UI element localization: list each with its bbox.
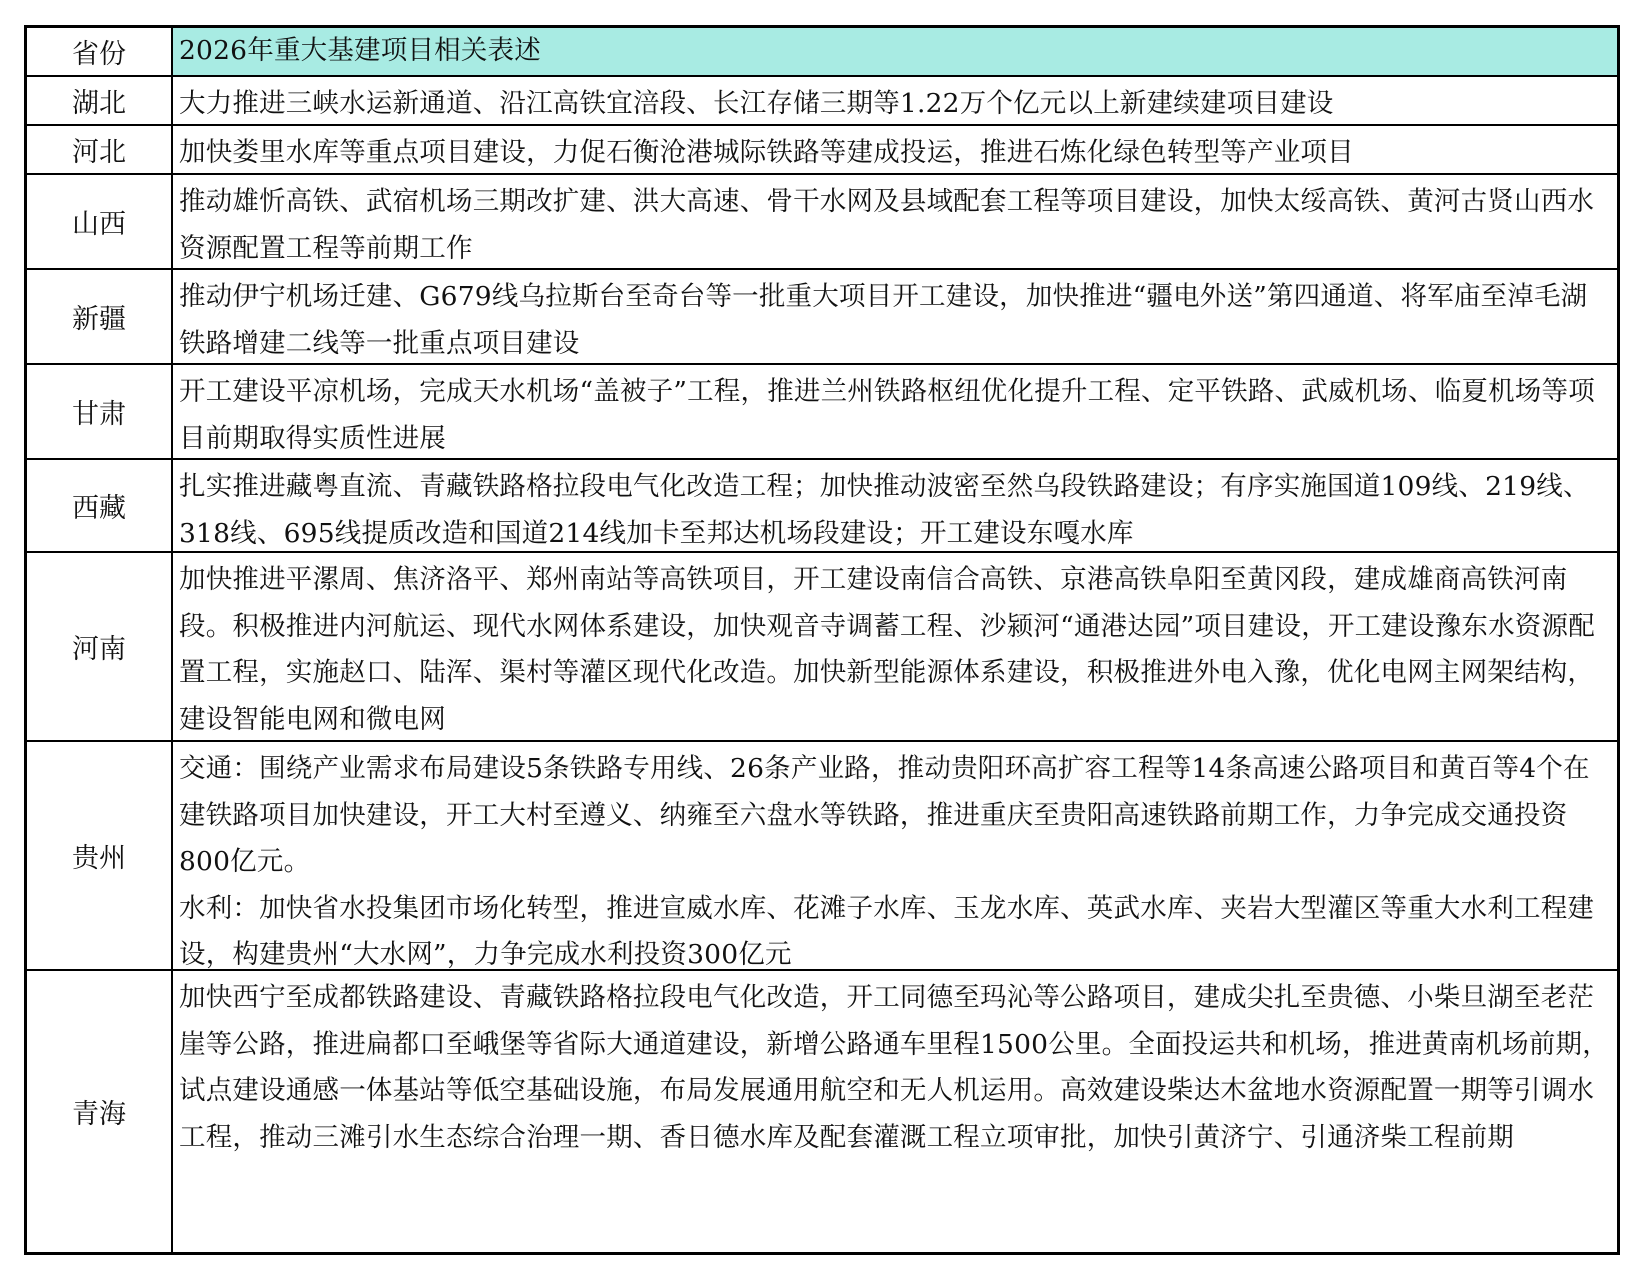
description-cell: 加快娄里水库等重点项目建设，力促石衡沧港城际铁路等建成投运，推进石炼化绿色转型等…: [173, 126, 1617, 173]
province-cell: 新疆: [27, 270, 173, 363]
table-header-row: 省份 2026年重大基建项目相关表述: [27, 28, 1617, 75]
description-cell: 加快西宁至成都铁路建设、青藏铁路格拉段电气化改造，开工同德至玛沁等公路项目，建成…: [173, 971, 1617, 1252]
province-cell: 山西: [27, 175, 173, 268]
description-cell: 大力推进三峡水运新通道、沿江高铁宜涪段、长江存储三期等1.22万个亿元以上新建续…: [173, 77, 1617, 124]
table-row-hebei: 河北 加快娄里水库等重点项目建设，力促石衡沧港城际铁路等建成投运，推进石炼化绿色…: [27, 124, 1617, 173]
province-cell: 青海: [27, 971, 173, 1252]
description-cell: 推动雄忻高铁、武宿机场三期改扩建、洪大高速、骨干水网及县域配套工程等项目建设，加…: [173, 175, 1617, 268]
header-description: 2026年重大基建项目相关表述: [173, 28, 1617, 75]
description-text: 加快西宁至成都铁路建设、青藏铁路格拉段电气化改造，开工同德至玛沁等公路项目，建成…: [179, 975, 1611, 1161]
header-province: 省份: [27, 28, 173, 75]
description-cell: 开工建设平凉机场，完成天水机场“盖被子”工程，推进兰州铁路枢纽优化提升工程、定平…: [173, 365, 1617, 458]
table-row-hubei: 湖北 大力推进三峡水运新通道、沿江高铁宜涪段、长江存储三期等1.22万个亿元以上…: [27, 75, 1617, 124]
table-row-shanxi: 山西 推动雄忻高铁、武宿机场三期改扩建、洪大高速、骨干水网及县域配套工程等项目建…: [27, 173, 1617, 268]
province-cell: 河北: [27, 126, 173, 173]
description-text-water: 水利：加快省水投集团市场化转型，推进宣威水库、花滩子水库、玉龙水库、英武水库、夹…: [179, 886, 1611, 979]
description-text: 加快推进平漯周、焦济洛平、郑州南站等高铁项目，开工建设南信合高铁、京港高铁阜阳至…: [179, 557, 1611, 743]
province-cell: 西藏: [27, 460, 173, 551]
province-cell: 河南: [27, 553, 173, 740]
province-cell: 甘肃: [27, 365, 173, 458]
description-cell: 推动伊宁机场迁建、G679线乌拉斯台至奇台等一批重大项目开工建设，加快推进“疆电…: [173, 270, 1617, 363]
table-row-qinghai: 青海 加快西宁至成都铁路建设、青藏铁路格拉段电气化改造，开工同德至玛沁等公路项目…: [27, 969, 1617, 1252]
description-text: 加快娄里水库等重点项目建设，力促石衡沧港城际铁路等建成投运，推进石炼化绿色转型等…: [179, 130, 1611, 177]
description-text: 开工建设平凉机场，完成天水机场“盖被子”工程，推进兰州铁路枢纽优化提升工程、定平…: [179, 369, 1611, 462]
table-row-guizhou: 贵州 交通：围绕产业需求布局建设5条铁路专用线、26条产业路，推动贵阳环高扩容工…: [27, 740, 1617, 969]
description-cell: 加快推进平漯周、焦济洛平、郑州南站等高铁项目，开工建设南信合高铁、京港高铁阜阳至…: [173, 553, 1617, 740]
description-text: 推动伊宁机场迁建、G679线乌拉斯台至奇台等一批重大项目开工建设，加快推进“疆电…: [179, 274, 1611, 367]
description-text: 推动雄忻高铁、武宿机场三期改扩建、洪大高速、骨干水网及县域配套工程等项目建设，加…: [179, 179, 1611, 272]
province-cell: 湖北: [27, 77, 173, 124]
table-row-gansu: 甘肃 开工建设平凉机场，完成天水机场“盖被子”工程，推进兰州铁路枢纽优化提升工程…: [27, 363, 1617, 458]
province-cell: 贵州: [27, 742, 173, 969]
table-row-xizang: 西藏 扎实推进藏粤直流、青藏铁路格拉段电气化改造工程；加快推动波密至然乌段铁路建…: [27, 458, 1617, 551]
description-text-transport: 交通：围绕产业需求布局建设5条铁路专用线、26条产业路，推动贵阳环高扩容工程等1…: [179, 746, 1611, 886]
description-cell: 交通：围绕产业需求布局建设5条铁路专用线、26条产业路，推动贵阳环高扩容工程等1…: [173, 742, 1617, 969]
description-cell: 扎实推进藏粤直流、青藏铁路格拉段电气化改造工程；加快推动波密至然乌段铁路建设；有…: [173, 460, 1617, 551]
description-text: 大力推进三峡水运新通道、沿江高铁宜涪段、长江存储三期等1.22万个亿元以上新建续…: [179, 81, 1611, 128]
table-row-henan: 河南 加快推进平漯周、焦济洛平、郑州南站等高铁项目，开工建设南信合高铁、京港高铁…: [27, 551, 1617, 740]
table-row-xinjiang: 新疆 推动伊宁机场迁建、G679线乌拉斯台至奇台等一批重大项目开工建设，加快推进…: [27, 268, 1617, 363]
description-text: 扎实推进藏粤直流、青藏铁路格拉段电气化改造工程；加快推动波密至然乌段铁路建设；有…: [179, 464, 1611, 557]
infrastructure-projects-table: 省份 2026年重大基建项目相关表述 湖北 大力推进三峡水运新通道、沿江高铁宜涪…: [24, 25, 1620, 1255]
